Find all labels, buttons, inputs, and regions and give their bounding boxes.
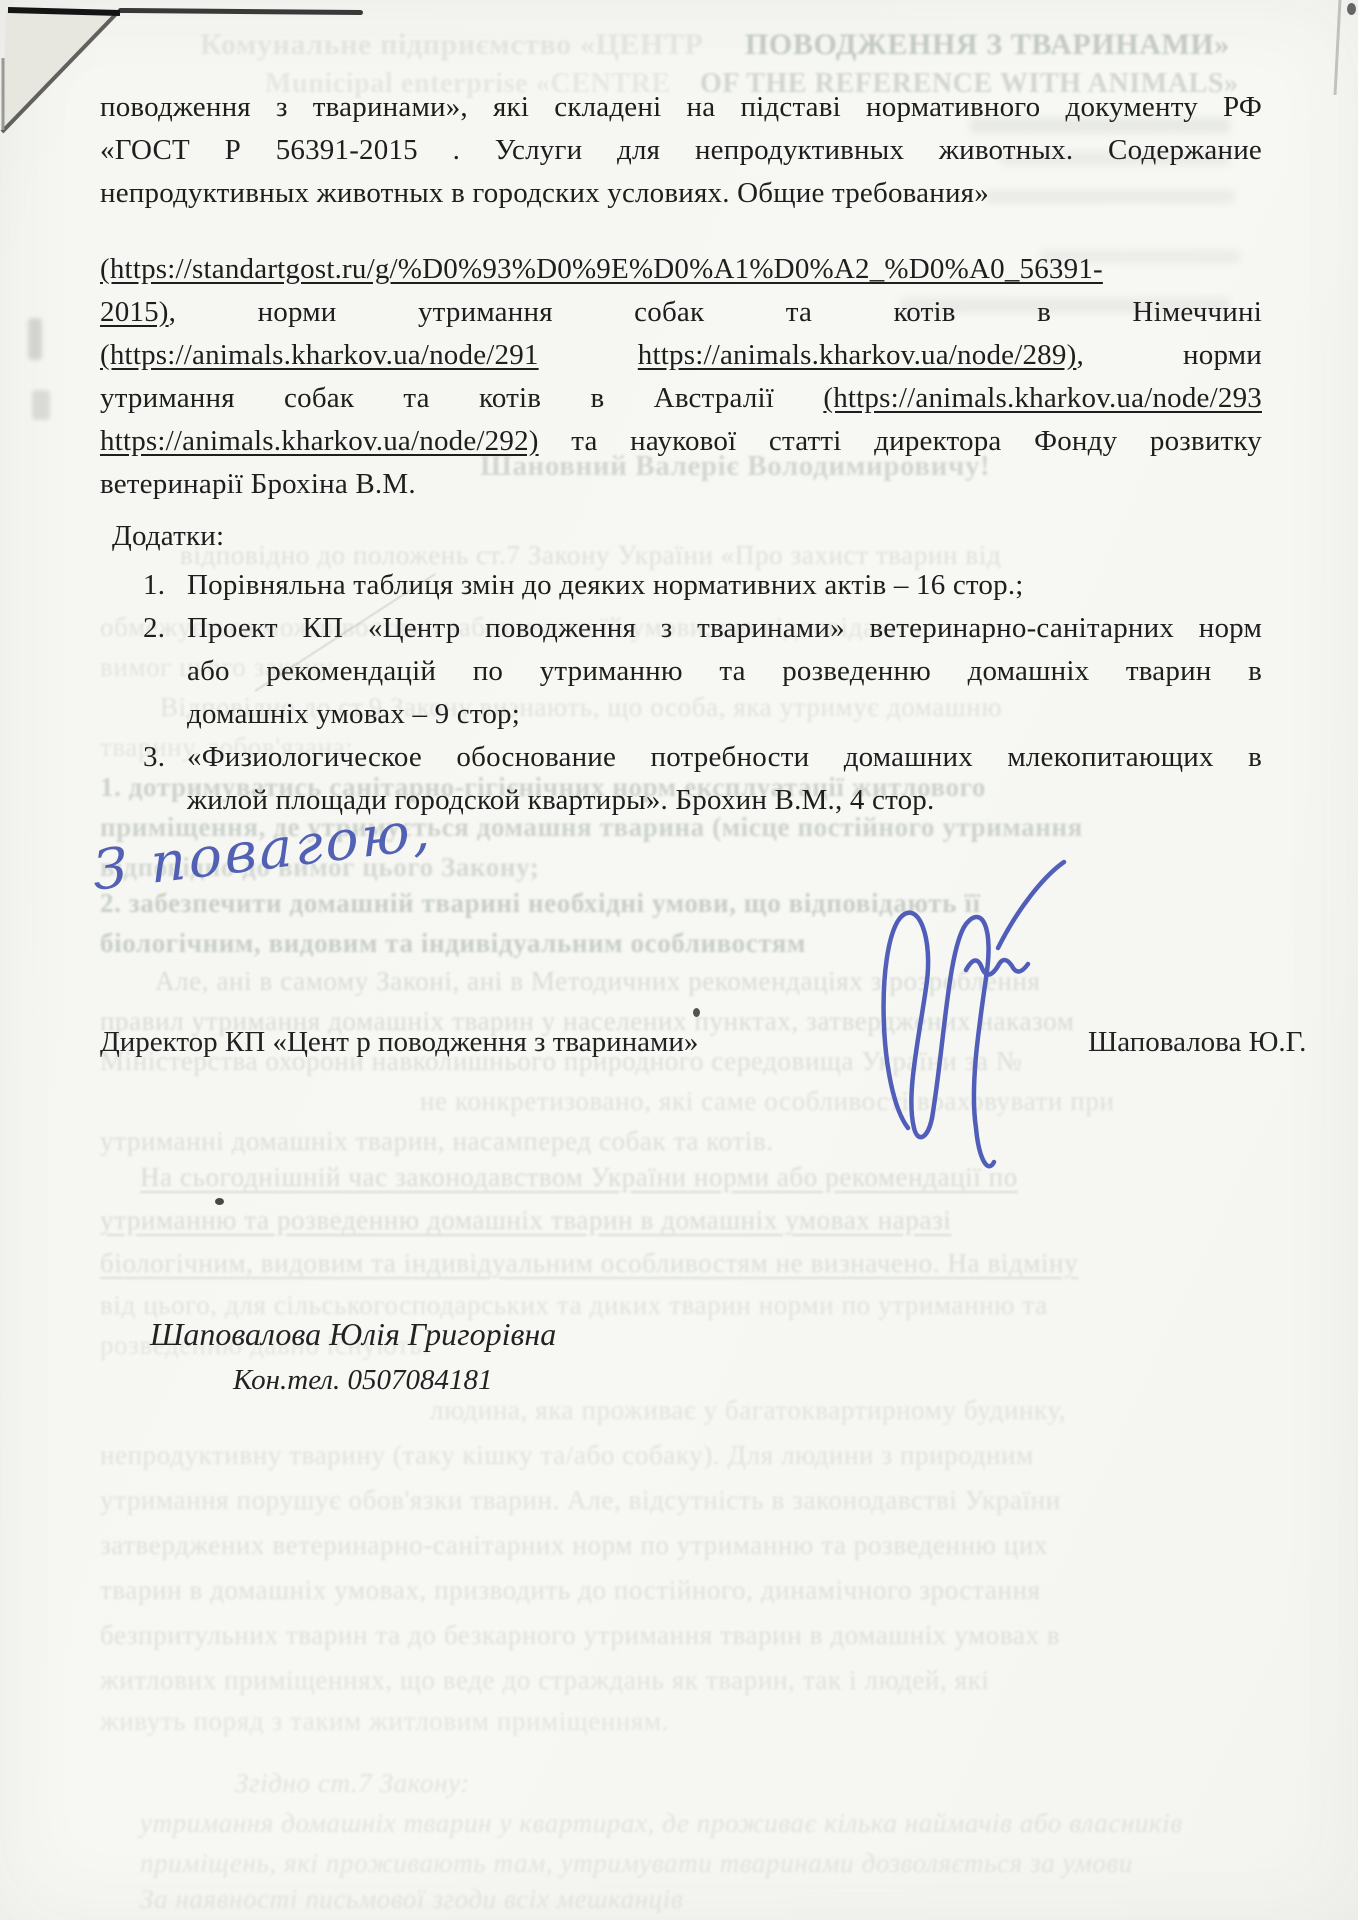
text-segment: утримання собак та котів в Австралії (100, 382, 823, 414)
text-line: або рекомендацій по утриманню та розведе… (187, 650, 1262, 693)
margin-smudge (28, 318, 42, 360)
bleed-through-line: непродуктивну тварину (таку кішку та/або… (100, 1440, 1034, 1471)
link-text: 2015) (100, 296, 169, 328)
text-segment: поводження з тваринами», які складені на… (100, 91, 1262, 123)
bleed-through-line: житлових приміщеннях, що веде до стражда… (100, 1665, 990, 1696)
bleed-through-line: За наявності письмової згоди всіх мешкан… (140, 1884, 683, 1915)
attachment-item: 2.Проект КП «Центр поводження з тваринам… (143, 607, 1262, 736)
text-line: ветеринарії Брохіна В.М. (100, 463, 1262, 506)
scan-edge-strip (118, 8, 363, 15)
link-text: https://animals.kharkov.ua/node/292) (100, 425, 539, 457)
bleed-through-line: тварин в домашніх умовах, призводить до … (100, 1575, 1041, 1606)
bleed-through-line: біологічним, видовим та індивідуальним о… (100, 928, 806, 959)
list-number: 3. (143, 736, 187, 822)
link-text: (https://animals.kharkov.ua/node/291 (100, 339, 539, 371)
bleed-through-line: живуть поряд з таким житловим приміщення… (100, 1706, 669, 1737)
bleed-through-line: утриманню та розведенню домашніх тварин … (100, 1205, 951, 1236)
text-line: 2015), норми утримання собак та котів в … (100, 291, 1262, 334)
text-segment: непродуктивных животных в городских усло… (100, 177, 989, 209)
attachments-title: Додатки: (112, 520, 224, 553)
text-segment: домашніх умовах – 9 стор; (187, 698, 520, 730)
text-segment: або рекомендацій по утриманню та розведе… (187, 655, 1262, 687)
text-line: https://animals.kharkov.ua/node/292) та … (100, 420, 1262, 463)
attachment-item: 3.«Физиологическое обоснование потребнос… (143, 736, 1262, 822)
text-segment: «Физиологическое обоснование потребности… (187, 741, 1262, 773)
bleed-through-line: біологічним, видовим та індивідуальним о… (100, 1248, 1078, 1279)
bleed-through-line: безпритульних тварин та до безкарного ут… (100, 1620, 1060, 1651)
text-line: утримання собак та котів в Австралії (ht… (100, 377, 1262, 420)
bleed-through-line: утримання домашніх тварин у квартирах, д… (140, 1808, 1183, 1839)
ink-speck (693, 1008, 700, 1017)
text-line: (https://animals.kharkov.ua/node/291 htt… (100, 334, 1262, 377)
director-title: Директор КП «Цент р поводження з тварина… (100, 1026, 698, 1059)
scanned-letter-page: Комунальне підприємство «ЦЕНТРПОВОДЖЕННЯ… (0, 0, 1358, 1920)
text-segment: , норми (1076, 339, 1262, 371)
signer-name: Шаповалова Ю.Г. (1088, 1026, 1306, 1059)
bleed-through-line: утриманні домашніх тварин, насамперед со… (100, 1126, 774, 1157)
attachment-text: Порівняльна таблиця змін до деяких норма… (187, 564, 1262, 607)
bleed-through-line: Згідно ст.7 Закону: (235, 1768, 470, 1799)
paragraph-main: поводження з тваринами», які складені на… (100, 86, 1262, 215)
bleed-through-line: затверджених ветеринарно-санітарних норм… (100, 1530, 1048, 1561)
page-edge-line (1334, 0, 1342, 95)
text-line: (https://standartgost.ru/g/%D0%93%D0%9E%… (100, 248, 1262, 291)
text-segment: Порівняльна таблиця змін до деяких норма… (187, 569, 1024, 601)
link-text: (https://standartgost.ru/g/%D0%93%D0%9E%… (100, 253, 1103, 285)
margin-smudge (32, 390, 50, 420)
attachment-text: Проект КП «Центр поводження з тваринами»… (187, 607, 1262, 736)
text-segment: «ГОСТ Р 56391-2015 . Услуги для непродук… (100, 134, 1262, 166)
text-line: Порівняльна таблиця змін до деяких норма… (187, 564, 1262, 607)
link-text: https://animals.kharkov.ua/node/289) (638, 339, 1077, 371)
text-segment: та наукової статті директора Фонду розви… (539, 425, 1262, 457)
text-line: «Физиологическое обоснование потребности… (187, 736, 1262, 779)
bleed-through-line: утримання порушує обов'язки тварин. Але,… (100, 1485, 1061, 1516)
ink-speck (1347, 3, 1356, 15)
text-segment: ветеринарії Брохіна В.М. (100, 468, 416, 500)
text-line: домашніх умовах – 9 стор; (187, 693, 1262, 736)
ink-speck (215, 1198, 224, 1205)
text-line: непродуктивных животных в городских усло… (100, 172, 1262, 215)
text-segment (539, 339, 638, 371)
text-line: «ГОСТ Р 56391-2015 . Услуги для непродук… (100, 129, 1262, 172)
text-line: поводження з тваринами», які складені на… (100, 86, 1262, 129)
folded-corner (0, 0, 150, 150)
text-segment: жилой площади городской квартиры». Брохи… (187, 784, 934, 816)
contact-name: Шаповалова Юлія Григорівна (150, 1316, 556, 1353)
text-segment: , норми утримання собак та котів в Німеч… (169, 296, 1262, 328)
list-number: 2. (143, 607, 187, 736)
signature-scribble (848, 828, 1088, 1188)
bleed-through-line: приміщень, які проживають там, утримуват… (140, 1848, 1133, 1879)
paragraph-links: (https://standartgost.ru/g/%D0%93%D0%9E%… (100, 248, 1262, 506)
bleed-through-line: ПОВОДЖЕННЯ З ТВАРИНАМИ» (745, 28, 1230, 62)
bleed-through-line: Комунальне підприємство «ЦЕНТР (200, 28, 703, 62)
contact-phone: Кон.тел. 0507084181 (233, 1364, 493, 1397)
list-number: 1. (143, 564, 187, 607)
attachments-list: 1.Порівняльна таблиця змін до деяких нор… (143, 564, 1262, 822)
attachment-item: 1.Порівняльна таблиця змін до деяких нор… (143, 564, 1262, 607)
link-text: (https://animals.kharkov.ua/node/293 (823, 382, 1262, 414)
bleed-through-line: людина, яка проживає у багатоквартирному… (430, 1395, 1066, 1426)
